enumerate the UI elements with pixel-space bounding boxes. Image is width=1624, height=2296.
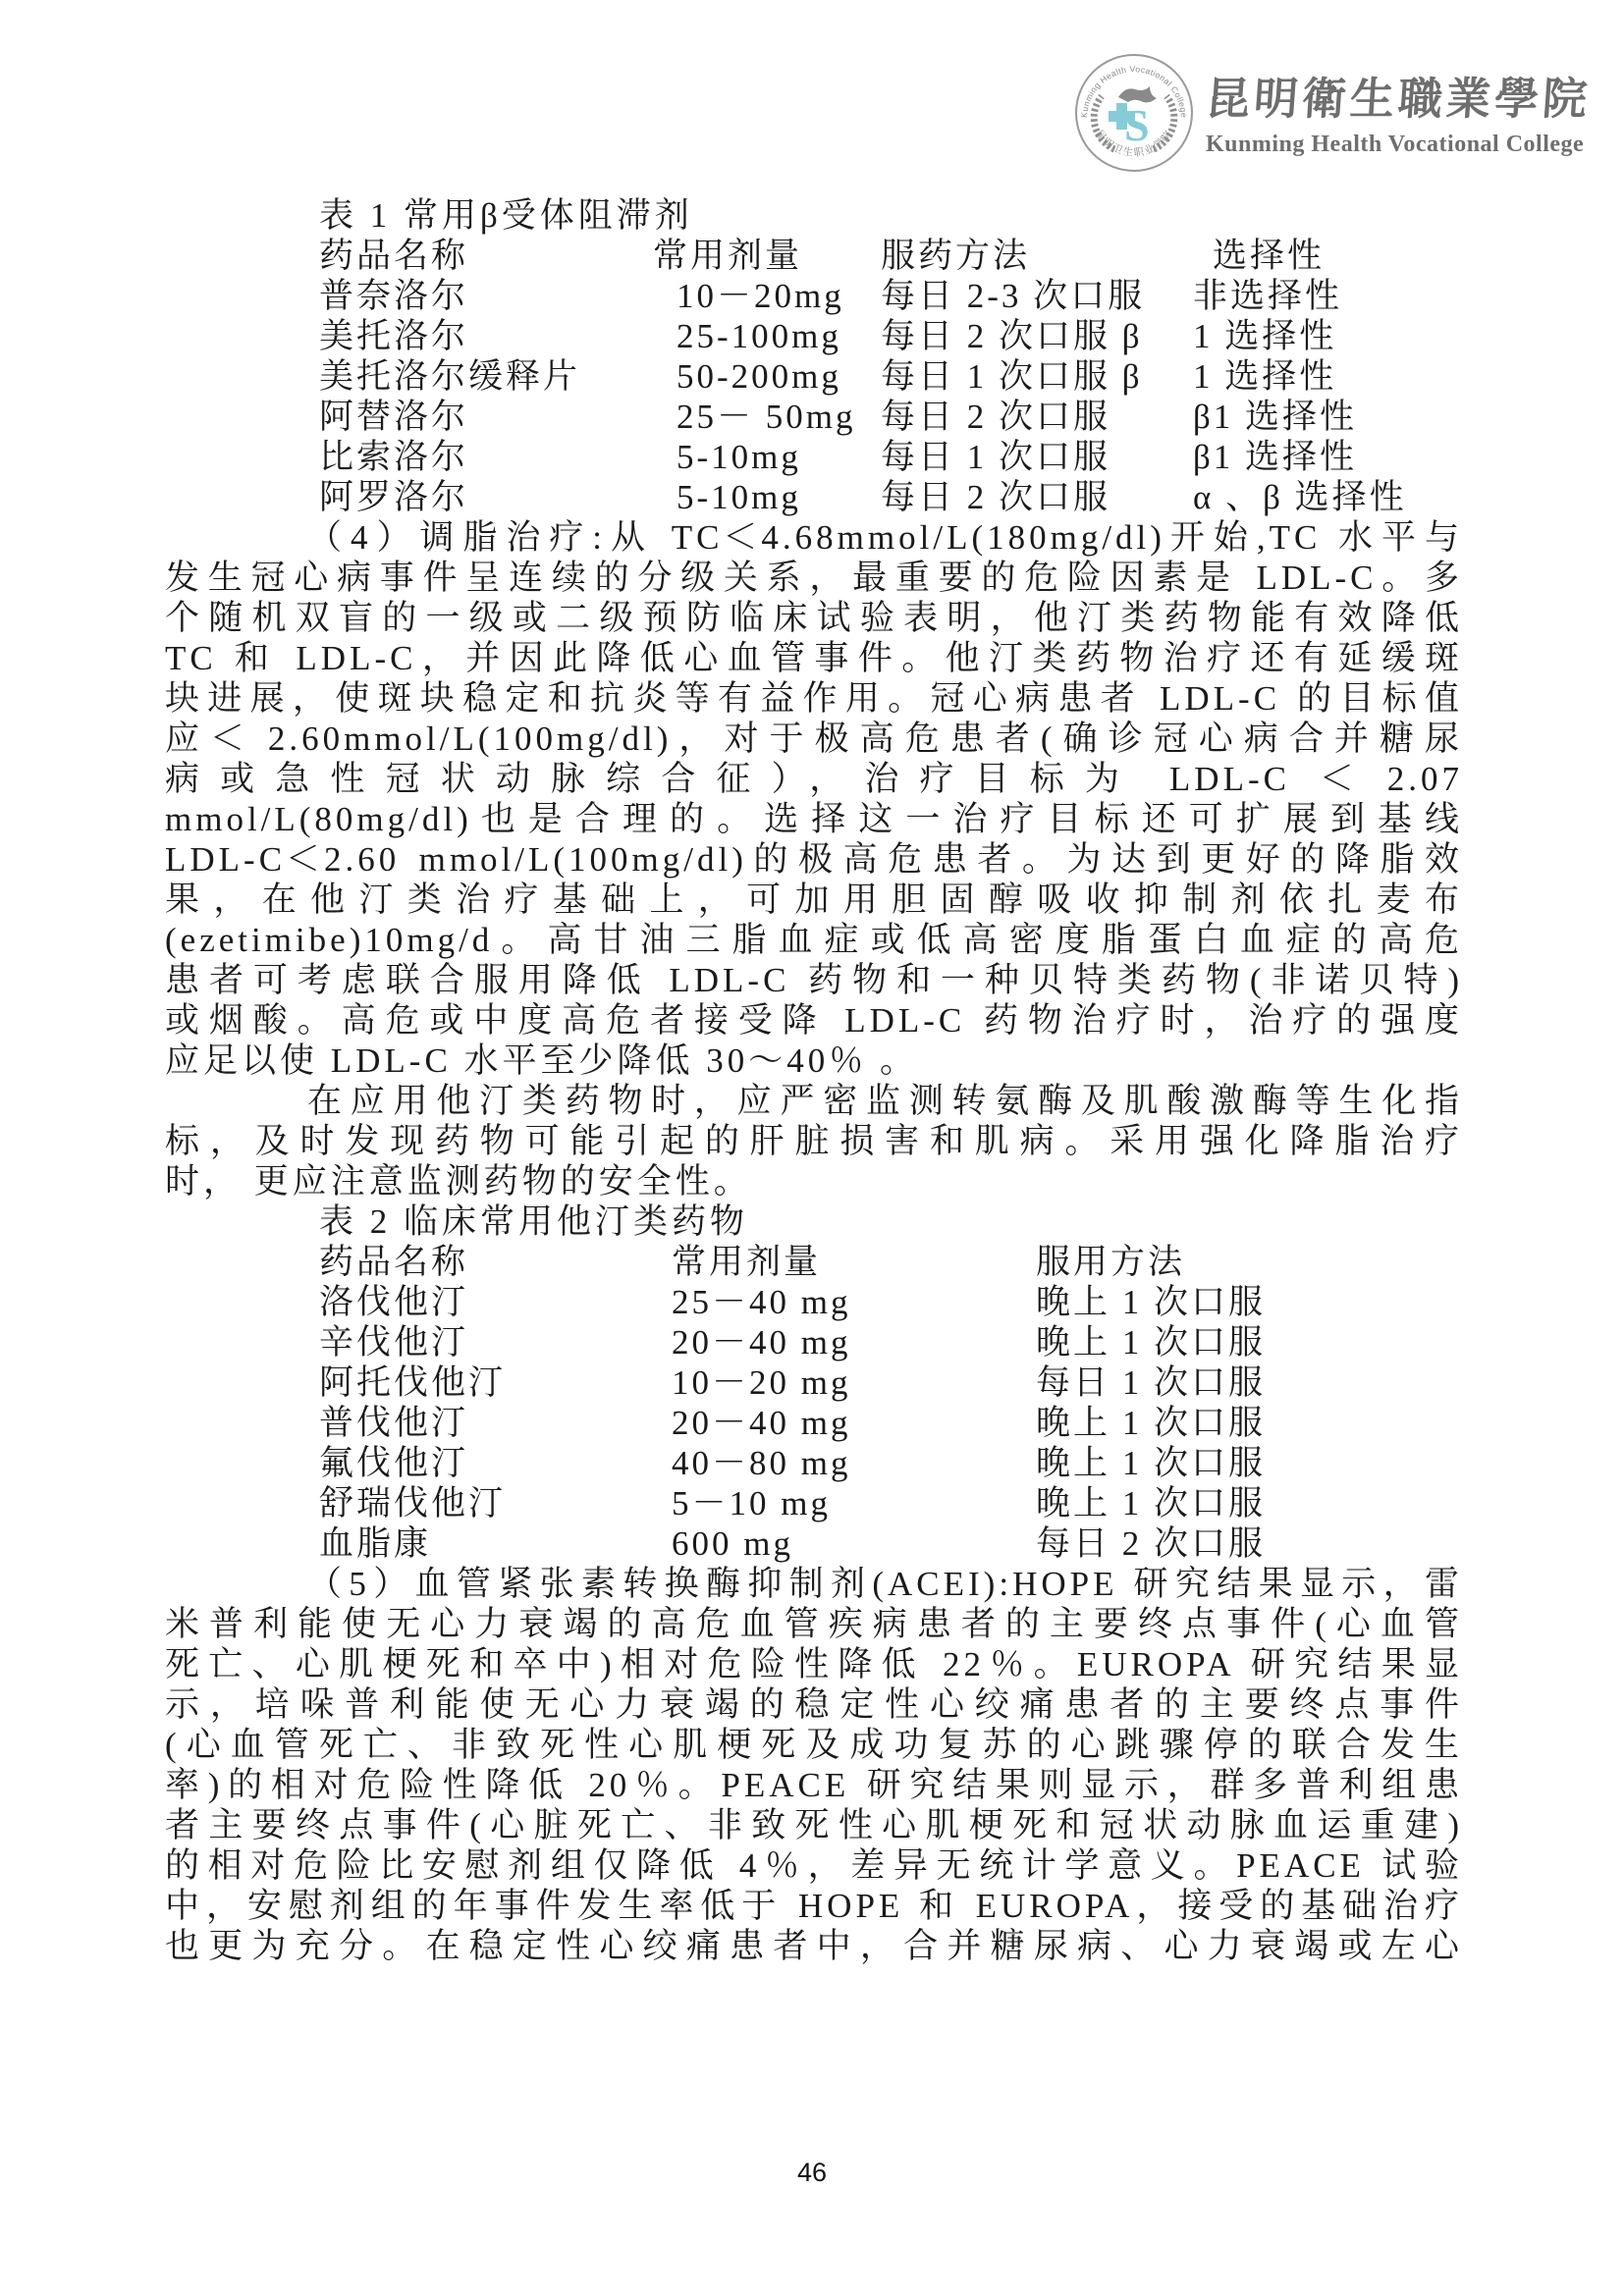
college-name-calligraphy: 昆明衛生職業學院 (1204, 75, 1592, 124)
text-line: (ezetimibe)10mg/d。高甘油三脂血症或低高密度脂蛋白血症的高危 (165, 920, 1463, 960)
paragraph-statin-monitoring: 在应用他汀类药物时，应严密监测转氨酶及肌酸激酶等生化指标，及时发现药物可能引起的… (165, 1081, 1463, 1201)
table-cell: 25－ 50mg (653, 397, 881, 437)
table-cell: 10－20mg (653, 276, 881, 316)
seal-monogram: S (1124, 100, 1150, 150)
table-cell: β1 选择性 (1193, 437, 1463, 477)
table-header-cell: 药品名称 (319, 236, 653, 276)
text-line: 标，及时发现药物可能引起的肝脏损害和肌病。采用强化降脂治疗 (165, 1121, 1463, 1161)
table-cell: 阿替洛尔 (319, 397, 653, 437)
table-row: 舒瑞伐他汀5－10 mg晚上 1 次口服 (319, 1483, 1463, 1523)
table-cell: 氟伐他汀 (319, 1443, 672, 1483)
text-line: 在应用他汀类药物时，应严密监测转氨酶及肌酸激酶等生化指 (165, 1081, 1463, 1121)
text-line: 应＜ 2.60mmol/L(100mg/dl)，对于极高危患者(确诊冠心病合并糖… (165, 719, 1463, 759)
table-cell: β1 选择性 (1193, 397, 1463, 437)
college-logo: Kunming Health Vocational College S 昆明卫生… (1073, 49, 1594, 177)
table-row: 美托洛尔缓释片50-200mg每日 1 次口服 β1 选择性 (319, 356, 1463, 397)
text-line: 米普利能使无心力衰竭的高危血管疾病患者的主要终点事件(心血管 (165, 1604, 1463, 1644)
table-cell: 美托洛尔缓释片 (319, 356, 653, 397)
table-cell: 阿罗洛尔 (319, 477, 653, 517)
table-header-cell: 常用剂量 (653, 236, 881, 276)
table-cell: 10－20 mg (672, 1362, 1036, 1403)
beta-blocker-table: 药品名称常用剂量服药方法选择性普奈洛尔10－20mg每日 2-3 次口服非选择性… (319, 236, 1463, 517)
table-cell: 20－40 mg (672, 1322, 1036, 1362)
table-row: 血脂康600 mg每日 2 次口服 (319, 1523, 1463, 1564)
text-line: （5）血管紧张素转换酶抑制剂(ACEI):HOPE 研究结果显示，雷 (165, 1564, 1463, 1604)
table-cell: 晚上 1 次口服 (1036, 1443, 1463, 1483)
table-cell: 600 mg (672, 1523, 1036, 1564)
table-cell: 每日 1 次口服 β (881, 356, 1193, 397)
paragraph-lipid-therapy: （4）调脂治疗:从 TC＜4.68mmol/L(180mg/dl)开始,TC 水… (165, 517, 1463, 1081)
text-line: 的相对危险比安慰剂组仅降低 4％，差异无统计学意义。PEACE 试验 (165, 1845, 1463, 1886)
table-row: 普奈洛尔10－20mg每日 2-3 次口服非选择性 (319, 276, 1463, 316)
text-line: 病或急性冠状动脉综合征），治疗目标为 LDL-C ＜ 2.07 (165, 759, 1463, 799)
table-cell: 阿托伐他汀 (319, 1362, 672, 1403)
college-name-english: Kunming Health Vocational College (1206, 132, 1598, 158)
text-line: 果，在他汀类治疗基础上，可加用胆固醇吸收抑制剂依扎麦布 (165, 880, 1463, 920)
text-line: mmol/L(80mg/dl)也是合理的。选择这一治疗目标还可扩展到基线 (165, 799, 1463, 839)
document-body: 表 1 常用β受体阻滞剂 药品名称常用剂量服药方法选择性普奈洛尔10－20mg每… (165, 195, 1463, 1966)
table-cell: 5－10 mg (672, 1483, 1036, 1523)
table-row: 氟伐他汀40－80 mg晚上 1 次口服 (319, 1443, 1463, 1483)
table-cell: 非选择性 (1193, 276, 1463, 316)
statin-table: 药品名称常用剂量服用方法洛伐他汀25－40 mg晚上 1 次口服辛伐他汀20－4… (319, 1242, 1463, 1564)
table-header-cell: 服药方法 (881, 236, 1193, 276)
text-line: 也更为充分。在稳定性心绞痛患者中，合并糖尿病、心力衰竭或左心 (165, 1926, 1463, 1966)
table-cell: 20－40 mg (672, 1403, 1036, 1443)
table-cell: 每日 1 次口服 (1036, 1362, 1463, 1403)
text-line: (心血管死亡、非致死性心肌梗死及成功复苏的心跳骤停的联合发生 (165, 1725, 1463, 1765)
text-line: 患者可考虑联合服用降低 LDL-C 药物和一种贝特类药物(非诺贝特) (165, 960, 1463, 1000)
text-line: 率)的相对危险性降低 20％。PEACE 研究结果则显示，群多普利组患 (165, 1765, 1463, 1805)
table-cell: 25-100mg (653, 316, 881, 356)
text-line: 块进展，使斑块稳定和抗炎等有益作用。冠心病患者 LDL-C 的目标值 (165, 678, 1463, 719)
table-cell: 50-200mg (653, 356, 881, 397)
text-line: TC 和 LDL-C，并因此降低心血管事件。他汀类药物治疗还有延缓斑 (165, 638, 1463, 678)
table-row: 比索洛尔5-10mg每日 1 次口服β1 选择性 (319, 437, 1463, 477)
table-row: 辛伐他汀20－40 mg晚上 1 次口服 (319, 1322, 1463, 1362)
table-cell: 洛伐他汀 (319, 1282, 672, 1322)
table-cell: 40－80 mg (672, 1443, 1036, 1483)
table-cell: 25－40 mg (672, 1282, 1036, 1322)
text-line: LDL-C＜2.60 mmol/L(100mg/dl)的极高危患者。为达到更好的… (165, 839, 1463, 880)
table-cell: 比索洛尔 (319, 437, 653, 477)
text-line: 时， 更应注意监测药物的安全性。 (165, 1161, 1463, 1201)
table-row: 阿罗洛尔5-10mg每日 2 次口服α 、β 选择性 (319, 477, 1463, 517)
table-header-row: 药品名称常用剂量服药方法选择性 (319, 236, 1463, 276)
table-cell: 晚上 1 次口服 (1036, 1282, 1463, 1322)
table-cell: 每日 2 次口服 (1036, 1523, 1463, 1564)
table-row: 洛伐他汀25－40 mg晚上 1 次口服 (319, 1282, 1463, 1322)
page-number: 46 (0, 2158, 1624, 2188)
table-cell: 每日 2 次口服 (881, 477, 1193, 517)
table2-title: 表 2 临床常用他汀类药物 (319, 1201, 1463, 1242)
document-page: Kunming Health Vocational College S 昆明卫生… (0, 0, 1624, 2296)
paragraph-acei: （5）血管紧张素转换酶抑制剂(ACEI):HOPE 研究结果显示，雷米普利能使无… (165, 1564, 1463, 1966)
table-cell: 舒瑞伐他汀 (319, 1483, 672, 1523)
table-cell: 普奈洛尔 (319, 276, 653, 316)
text-line: 中，安慰剂组的年事件发生率低于 HOPE 和 EUROPA，接受的基础治疗 (165, 1886, 1463, 1926)
table-cell: 1 选择性 (1193, 356, 1463, 397)
table-header-cell: 服用方法 (1036, 1242, 1463, 1282)
text-line: 或烟酸。高危或中度高危者接受降 LDL-C 药物治疗时，治疗的强度 (165, 1000, 1463, 1041)
text-line: 发生冠心病事件呈连续的分级关系，最重要的危险因素是 LDL-C。多 (165, 558, 1463, 598)
table-cell: 每日 1 次口服 (881, 437, 1193, 477)
table-row: 普伐他汀20－40 mg晚上 1 次口服 (319, 1403, 1463, 1443)
table-cell: 血脂康 (319, 1523, 672, 1564)
text-line: （4）调脂治疗:从 TC＜4.68mmol/L(180mg/dl)开始,TC 水… (165, 517, 1463, 558)
table-cell: 普伐他汀 (319, 1403, 672, 1443)
table-row: 阿托伐他汀10－20 mg每日 1 次口服 (319, 1362, 1463, 1403)
text-line: 个随机双盲的一级或二级预防临床试验表明，他汀类药物能有效降低 (165, 598, 1463, 638)
table-cell: 晚上 1 次口服 (1036, 1403, 1463, 1443)
table-cell: α 、β 选择性 (1193, 477, 1463, 517)
table-cell: 美托洛尔 (319, 316, 653, 356)
table-cell: 每日 2 次口服 β (881, 316, 1193, 356)
text-line: 死亡、心肌梗死和卒中)相对危险性降低 22％。EUROPA 研究结果显 (165, 1644, 1463, 1684)
text-line: 示，培哚普利能使无心力衰竭的稳定性心绞痛患者的主要终点事件 (165, 1684, 1463, 1725)
table1-title: 表 1 常用β受体阻滞剂 (319, 195, 1463, 236)
table-cell: 5-10mg (653, 437, 881, 477)
table-header-cell: 选择性 (1193, 236, 1463, 276)
table-cell: 晚上 1 次口服 (1036, 1322, 1463, 1362)
table-header-cell: 常用剂量 (672, 1242, 1036, 1282)
table-header-cell: 药品名称 (319, 1242, 672, 1282)
table-cell: 晚上 1 次口服 (1036, 1483, 1463, 1523)
table-cell: 1 选择性 (1193, 316, 1463, 356)
college-seal-icon: Kunming Health Vocational College S 昆明卫生… (1073, 52, 1195, 174)
table-row: 阿替洛尔25－ 50mg每日 2 次口服β1 选择性 (319, 397, 1463, 437)
table-row: 美托洛尔25-100mg每日 2 次口服 β1 选择性 (319, 316, 1463, 356)
table-cell: 每日 2-3 次口服 (881, 276, 1193, 316)
text-line: 应足以使 LDL-C 水平至少降低 30～40％ 。 (165, 1041, 1463, 1081)
table-header-row: 药品名称常用剂量服用方法 (319, 1242, 1463, 1282)
text-line: 者主要终点事件(心脏死亡、非致死性心肌梗死和冠状动脉血运重建) (165, 1805, 1463, 1845)
table-cell: 辛伐他汀 (319, 1322, 672, 1362)
table-cell: 5-10mg (653, 477, 881, 517)
table-cell: 每日 2 次口服 (881, 397, 1193, 437)
